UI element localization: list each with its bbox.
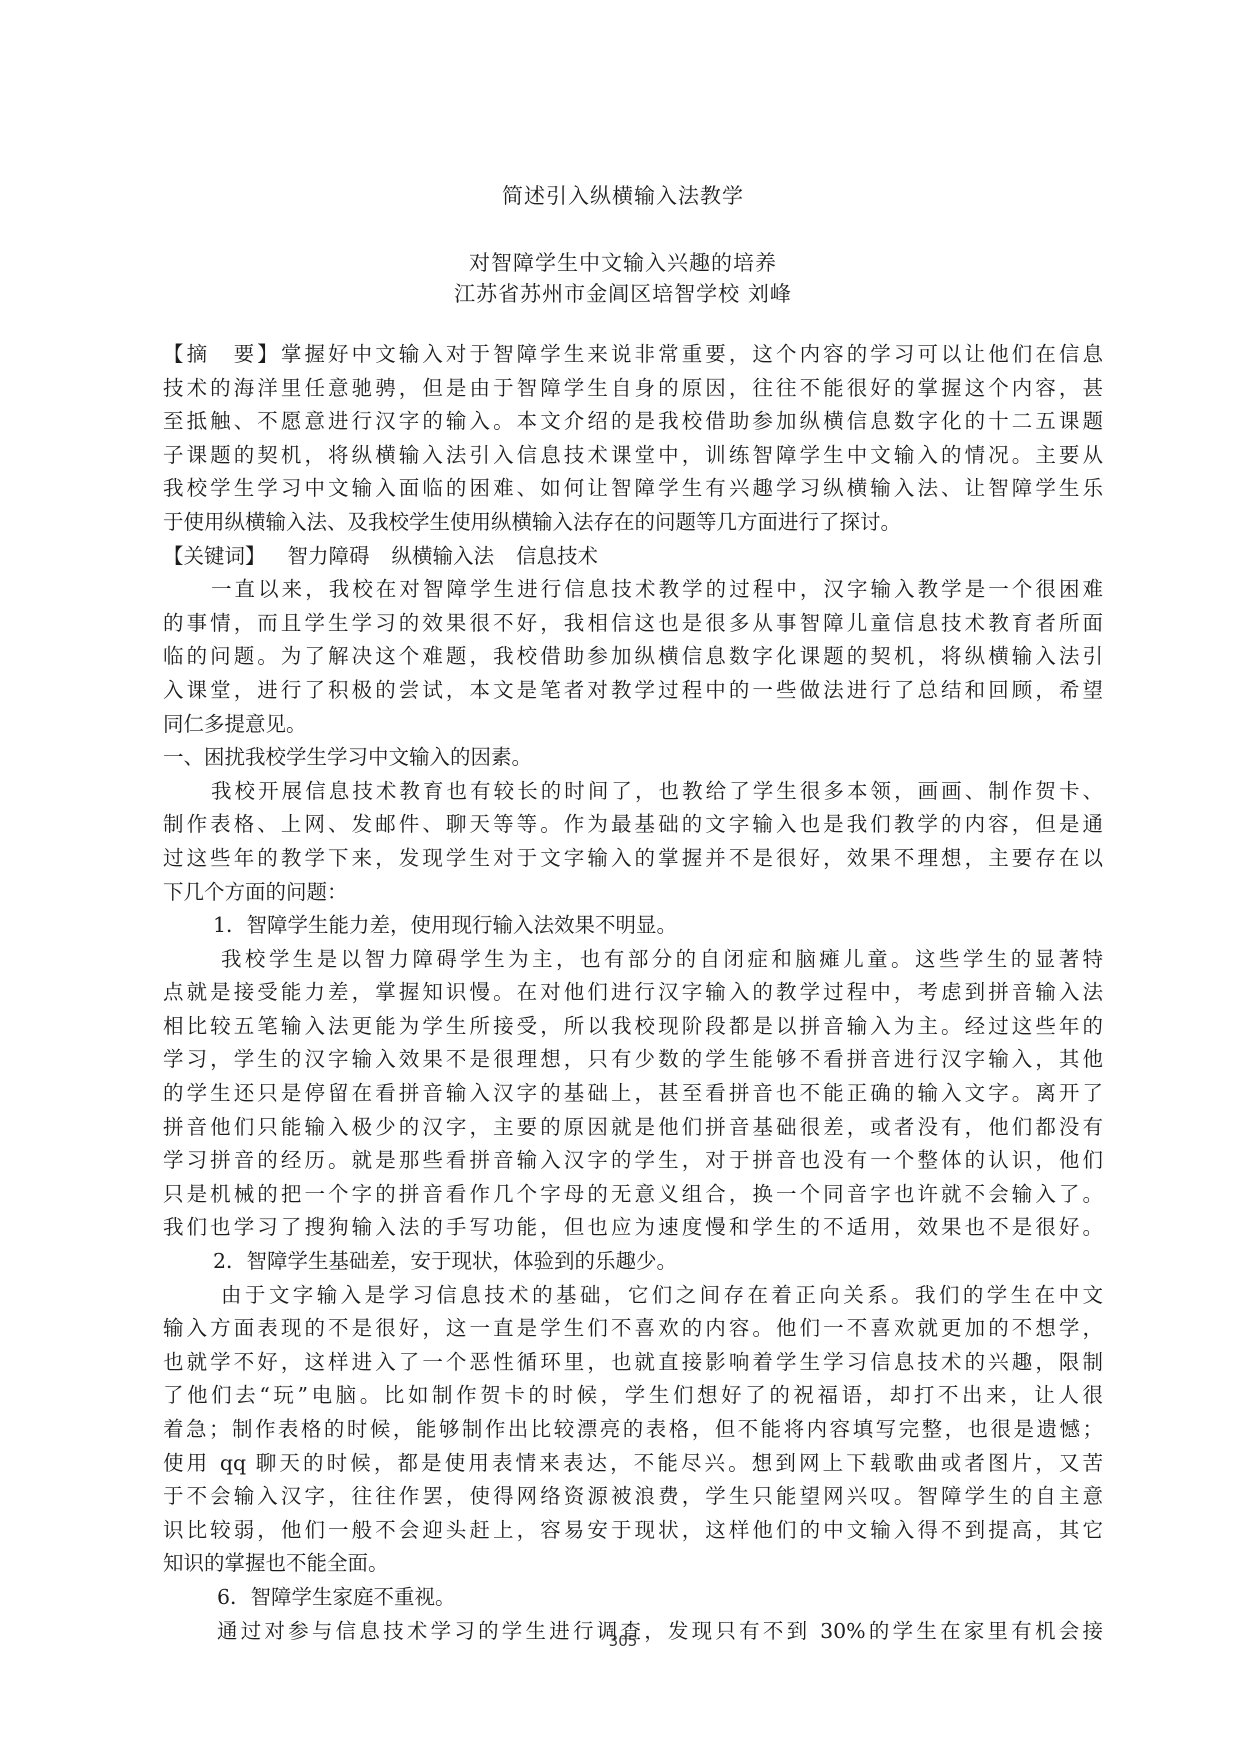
paragraph-line: 学习拼音的经历。就是那些看拼音输入汉字的学生，对于拼音也没有一个整体的认识，他们: [163, 1144, 1103, 1178]
paragraph-line: 也就学不好，这样进入了一个恶性循环里，也就直接影响着学生学习信息技术的兴趣，限制: [163, 1346, 1103, 1380]
paragraph-line: 拼音他们只能输入极少的汉字，主要的原因就是他们拼音基础很差，或者没有，他们都没有: [163, 1111, 1103, 1145]
paragraph-line: 的学生还只是停留在看拼音输入汉字的基础上，甚至看拼音也不能正确的输入文字。离开了: [163, 1077, 1103, 1111]
document-body: 【摘 要】掌握好中文输入对于智障学生来说非常重要，这个内容的学习可以让他们在信息…: [163, 338, 1103, 1648]
intro-line: 一直以来，我校在对智障学生进行信息技术教学的过程中，汉字输入教学是一个很困难: [163, 573, 1103, 607]
paragraph-line: 由于文字输入是学习信息技术的基础，它们之间存在着正向关系。我们的学生在中文: [163, 1279, 1103, 1313]
intro-line: 同仁多提意见。: [163, 708, 1103, 742]
page-number: 305: [0, 1632, 1246, 1650]
point-heading: 1．智障学生能力差，使用现行输入法效果不明显。: [163, 909, 1103, 943]
paragraph-line: 下几个方面的问题：: [163, 876, 1103, 910]
paragraph-line: 制作表格、上网、发邮件、聊天等等。作为最基础的文字输入也是我们教学的内容，但是通: [163, 808, 1103, 842]
paragraph-line: 相比较五笔输入法更能为学生所接受，所以我校现阶段都是以拼音输入为主。经过这些年的: [163, 1010, 1103, 1044]
paragraph-line: 我们也学习了搜狗输入法的手写功能，但也应为速度慢和学生的不适用，效果也不是很好。: [163, 1211, 1103, 1245]
keywords-label: 【关键词】: [163, 544, 266, 568]
paragraph-line: 我校学生是以智力障碍学生为主，也有部分的自闭症和脑瘫儿童。这些学生的显著特: [163, 943, 1103, 977]
paragraph-line: 我校开展信息技术教育也有较长的时间了，也教给了学生很多本领，画画、制作贺卡、: [163, 775, 1103, 809]
paragraph-line: 于不会输入汉字，往往作罢，使得网络资源被浪费，学生只能望网兴叹。智障学生的自主意: [163, 1480, 1103, 1514]
paragraph-line: 知识的掌握也不能全面。: [163, 1547, 1103, 1581]
author-line: 江苏省苏州市金阊区培智学校 刘峰: [0, 278, 1246, 308]
point-heading: 2．智障学生基础差，安于现状，体验到的乐趣少。: [163, 1245, 1103, 1279]
document-title: 简述引入纵横输入法教学: [0, 180, 1246, 210]
document-subtitle: 对智障学生中文输入兴趣的培养: [0, 247, 1246, 277]
paragraph-line: 使用 qq 聊天的时候，都是使用表情来表达，不能尽兴。想到网上下载歌曲或者图片，…: [163, 1447, 1103, 1481]
document-page: 简述引入纵横输入法教学 对智障学生中文输入兴趣的培养 江苏省苏州市金阊区培智学校…: [0, 0, 1246, 1763]
point-heading: 6．智障学生家庭不重视。: [163, 1581, 1103, 1615]
abstract-label: 【摘 要】: [163, 342, 281, 366]
intro-line: 临的问题。为了解决这个难题，我校借助参加纵横信息数字化课题的契机，将纵横输入法引: [163, 640, 1103, 674]
abstract-line: 技术的海洋里任意驰骋，但是由于智障学生自身的原因，往往不能很好的掌握这个内容，甚: [163, 372, 1103, 406]
intro-line: 入课堂，进行了积极的尝试，本文是笔者对教学过程中的一些做法进行了总结和回顾，希望: [163, 674, 1103, 708]
keyword: 信息技术: [516, 544, 598, 568]
paragraph-line: 着急；制作表格的时候，能够制作出比较漂亮的表格，但不能将内容填写完整，也很是遗憾…: [163, 1413, 1103, 1447]
paragraph-line: 识比较弱，他们一般不会迎头赶上，容易安于现状，这样他们的中文输入得不到提高，其它: [163, 1514, 1103, 1548]
keyword: 纵横输入法: [392, 544, 495, 568]
section-heading: 一、困扰我校学生学习中文输入的因素。: [163, 741, 1103, 775]
abstract-line: 我校学生学习中文输入面临的困难、如何让智障学生有兴趣学习纵横输入法、让智障学生乐: [163, 472, 1103, 506]
paragraph-line: 过这些年的教学下来，发现学生对于文字输入的掌握并不是很好，效果不理想，主要存在以: [163, 842, 1103, 876]
paragraph-line: 只是机械的把一个字的拼音看作几个字母的无意义组合，换一个同音字也许就不会输入了。: [163, 1178, 1103, 1212]
abstract-line: 于使用纵横输入法、及我校学生使用纵横输入法存在的问题等几方面进行了探讨。: [163, 506, 1103, 540]
paragraph-line: 输入方面表现的不是很好，这一直是学生们不喜欢的内容。他们一不喜欢就更加的不想学，: [163, 1312, 1103, 1346]
paragraph-line: 学习，学生的汉字输入效果不是很理想，只有少数的学生能够不看拼音进行汉字输入，其他: [163, 1043, 1103, 1077]
abstract-line: 子课题的契机，将纵横输入法引入信息技术课堂中，训练智障学生中文输入的情况。主要从: [163, 439, 1103, 473]
abstract-line: 至抵触、不愿意进行汉字的输入。本文介绍的是我校借助参加纵横信息数字化的十二五课题: [163, 405, 1103, 439]
paragraph-line: 了他们去“玩”电脑。比如制作贺卡的时候，学生们想好了的祝福语，却打不出来，让人很: [163, 1379, 1103, 1413]
keywords-line: 【关键词】智力障碍纵横输入法信息技术: [163, 540, 1103, 574]
paragraph-line: 点就是接受能力差，掌握知识慢。在对他们进行汉字输入的教学过程中，考虑到拼音输入法: [163, 976, 1103, 1010]
intro-line: 的事情，而且学生学习的效果很不好，我相信这也是很多从事智障儿童信息技术教育者所面: [163, 607, 1103, 641]
abstract-line: 【摘 要】掌握好中文输入对于智障学生来说非常重要，这个内容的学习可以让他们在信息: [163, 338, 1103, 372]
keyword: 智力障碍: [288, 544, 370, 568]
